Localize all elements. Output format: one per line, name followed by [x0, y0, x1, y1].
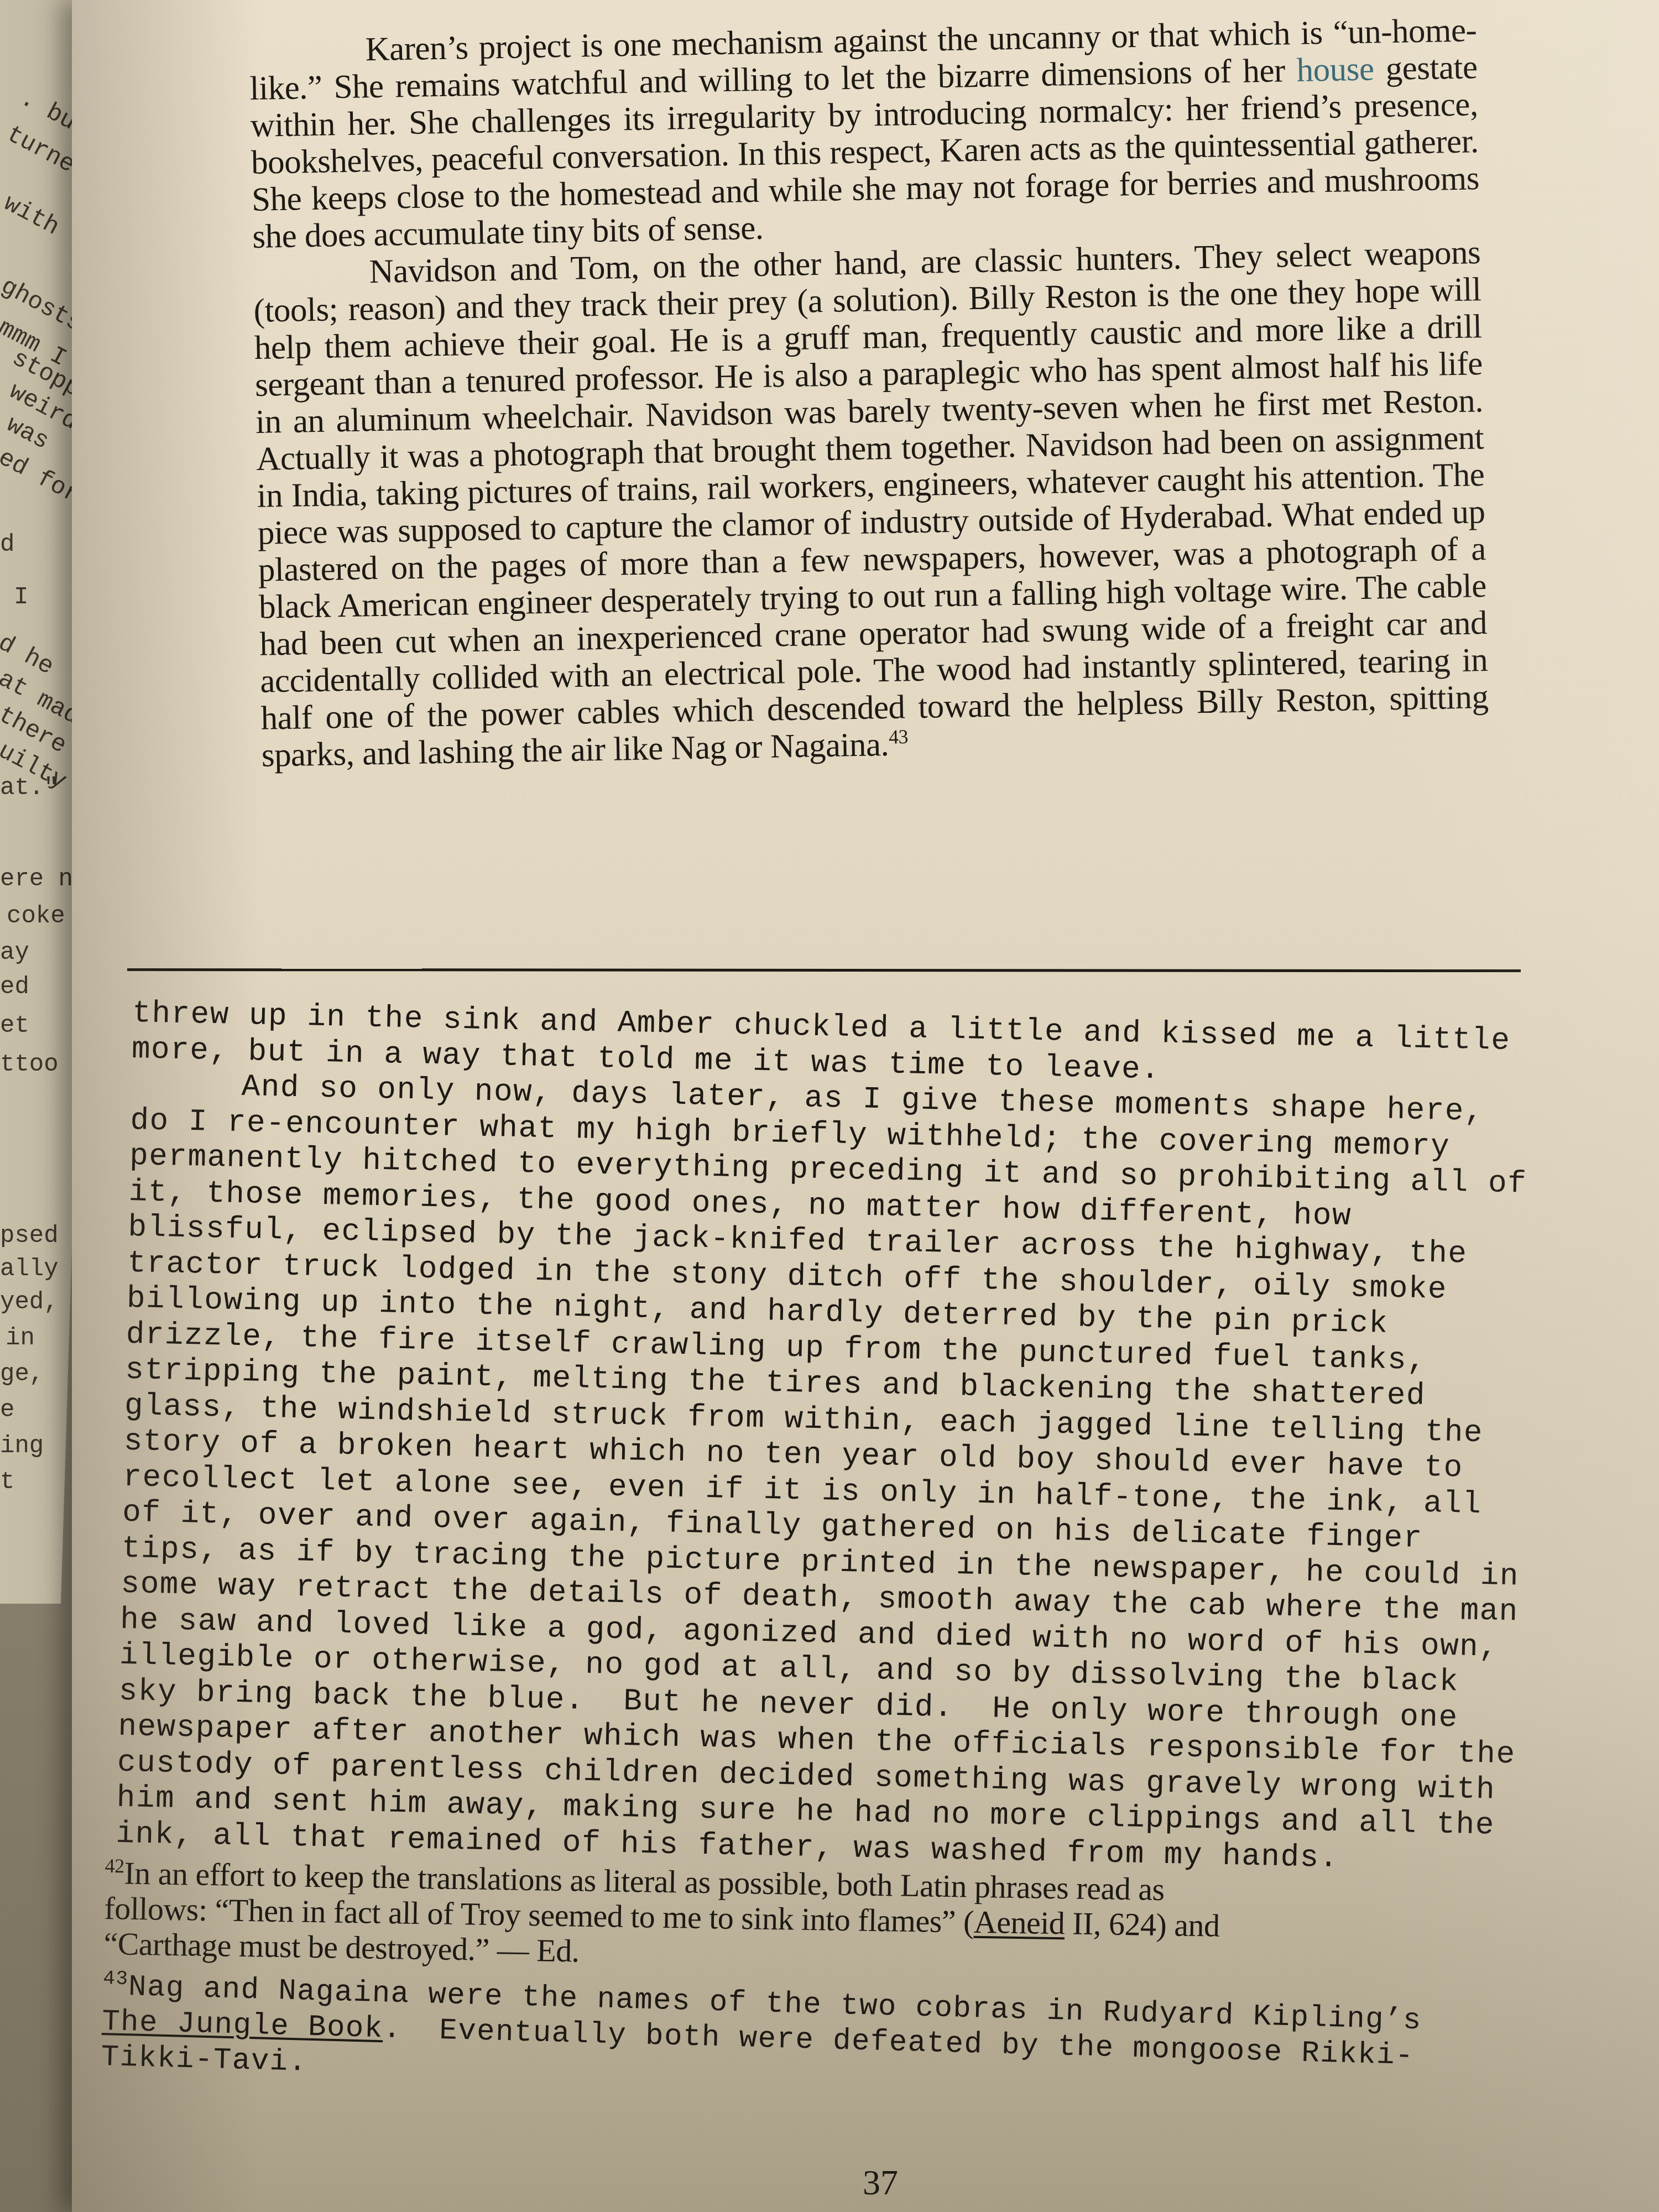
prev-page-fragment: at." [0, 774, 59, 802]
prev-page-fragment: coke [7, 902, 65, 930]
prev-page-fragment: ally [0, 1255, 59, 1283]
highlighted-word-house: house [1296, 51, 1374, 89]
paragraph-text: Navidson and Tom, on the other hand, are… [253, 234, 1489, 774]
prev-page-fragment: t [0, 1468, 14, 1496]
prev-page-fragment: e [0, 1396, 14, 1424]
prev-page-fragment: yed, [0, 1288, 59, 1316]
paragraph-navidson: Navidson and Tom, on the other hand, are… [253, 234, 1489, 774]
prev-page-fragment: ere n [0, 865, 73, 893]
prev-page-fragment: I [14, 583, 28, 611]
footnote-ref-43[interactable]: 43 [889, 726, 909, 748]
page-number: 37 [863, 2162, 898, 2203]
prev-page-fragment: ay [0, 939, 29, 967]
prev-page-fragment: in [6, 1324, 35, 1352]
footnote-42: 42In an effort to keep the translations … [103, 1855, 1543, 1984]
main-text-block: Karen’s project is one mechanism against… [249, 12, 1489, 774]
prev-page-fragment: ing [0, 1432, 44, 1460]
footnote-text: II, 624) and [1065, 1905, 1220, 1943]
prev-page-fragment: psed [0, 1222, 59, 1250]
prev-page-fragment: ge, [0, 1360, 44, 1388]
footnotes-section: 42In an effort to keep the translations … [102, 1855, 1543, 2098]
book-page: Karen’s project is one mechanism against… [72, 0, 1659, 2212]
prev-page-fragment: ed [0, 973, 29, 1001]
book-title-aeneid: Aeneid [973, 1904, 1065, 1942]
prev-page-fragment: et [0, 1012, 29, 1040]
prev-page-fragment: ed for [0, 444, 84, 510]
section-divider-rule [127, 968, 1521, 972]
typewriter-text-block: threw up in the sink and Amber chuckled … [116, 995, 1548, 1880]
footnote-number: 43 [103, 1967, 129, 1990]
paragraph-karen: Karen’s project is one mechanism against… [249, 12, 1480, 255]
book-title-jungle-book: The Jungle Book [101, 2005, 383, 2046]
footnote-number: 42 [105, 1855, 124, 1877]
prev-page-fragment: ttoo [0, 1051, 59, 1078]
footnote-43: 43Nag and Nagaina were the names of the … [101, 1969, 1541, 2113]
prev-page-fragment: d [0, 531, 14, 559]
